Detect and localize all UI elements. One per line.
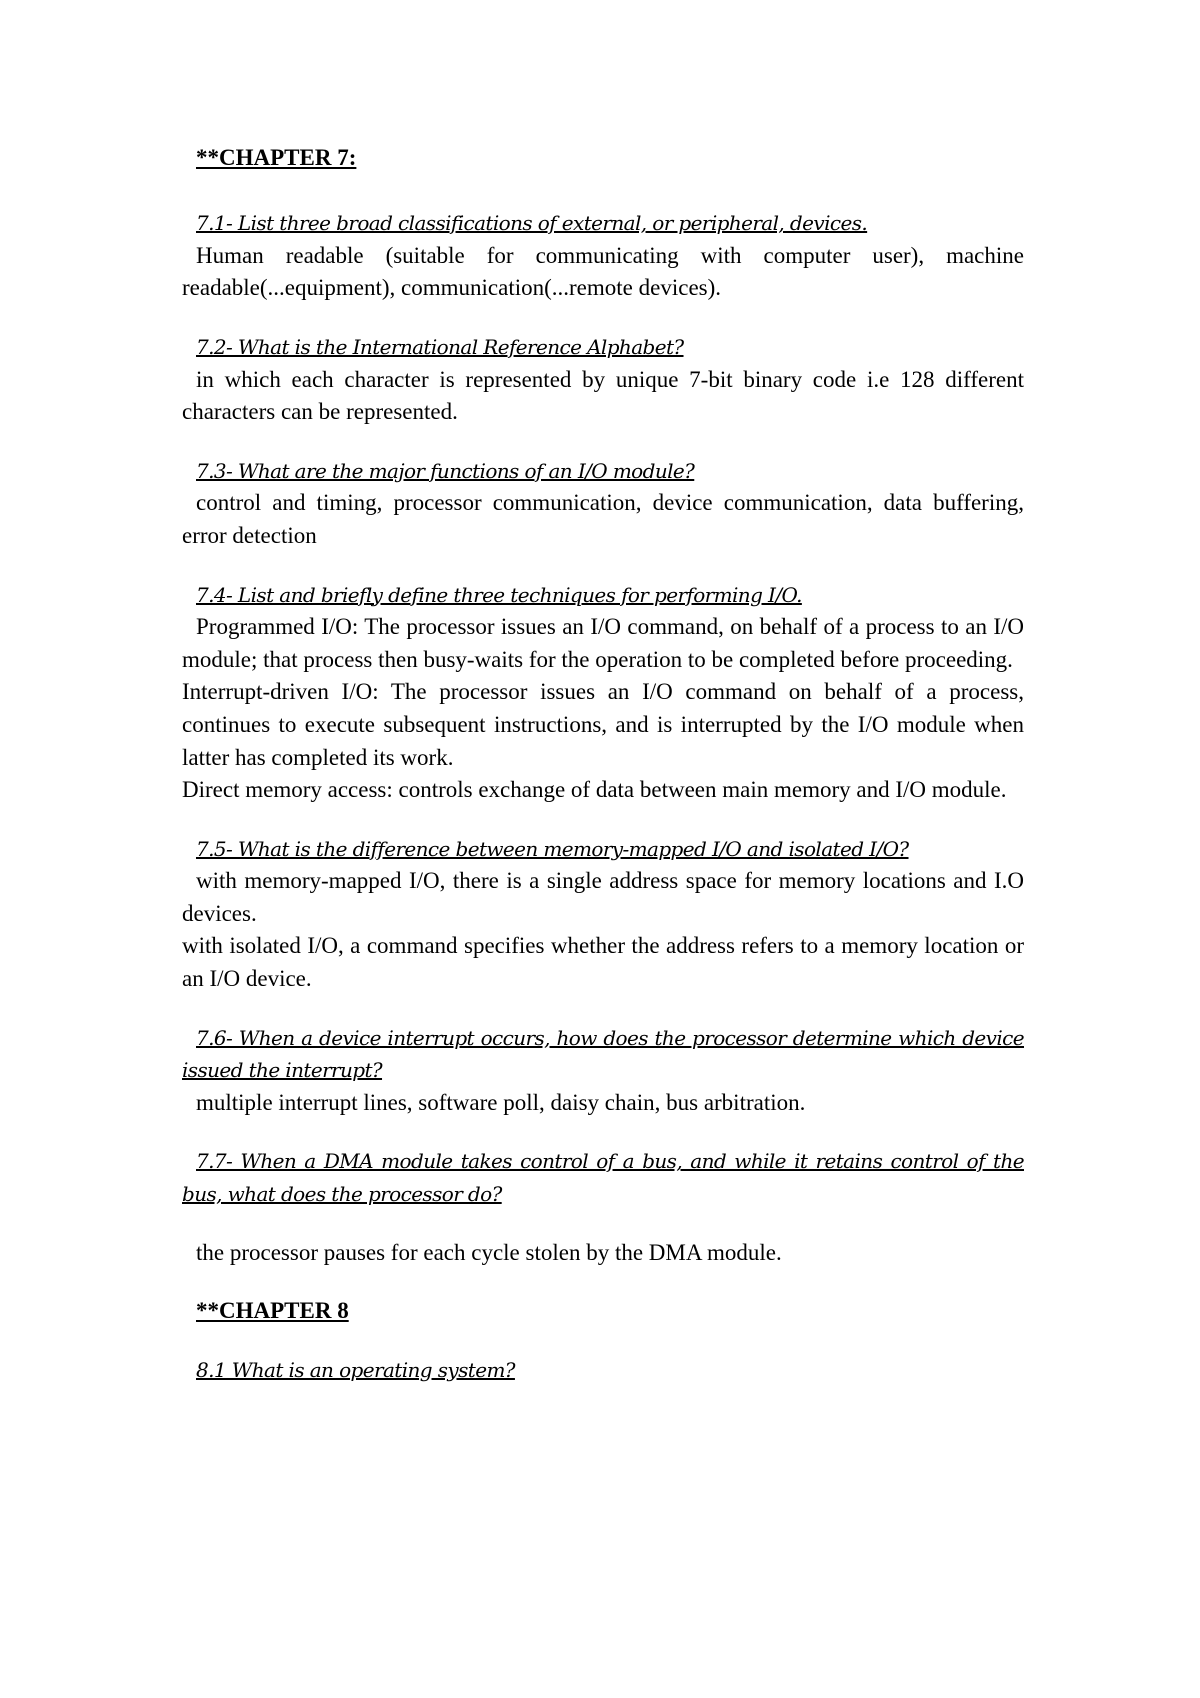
answer-7-4-dma: Direct memory access: controls exchange … bbox=[182, 774, 1024, 807]
question-7-7: 7.7- When a DMA module takes control of … bbox=[182, 1145, 1024, 1210]
qa-item-8-1: 8.1 What is an operating system? bbox=[182, 1354, 1024, 1387]
qa-item-7-4: 7.4- List and briefly define three techn… bbox=[182, 579, 1024, 807]
qa-item-7-2: 7.2- What is the International Reference… bbox=[182, 331, 1024, 429]
answer-7-4-programmed-io: Programmed I/O: The processor issues an … bbox=[182, 611, 1024, 676]
qa-item-7-7: 7.7- When a DMA module takes control of … bbox=[182, 1145, 1024, 1269]
question-7-2: 7.2- What is the International Reference… bbox=[182, 331, 1024, 364]
document-page: **CHAPTER 7: 7.1- List three broad class… bbox=[0, 0, 1200, 1698]
answer-7-7: the processor pauses for each cycle stol… bbox=[182, 1237, 1024, 1270]
question-8-1: 8.1 What is an operating system? bbox=[182, 1354, 1024, 1387]
question-7-5: 7.5- What is the difference between memo… bbox=[182, 833, 1024, 866]
qa-item-7-1: 7.1- List three broad classifications of… bbox=[182, 207, 1024, 305]
question-7-1: 7.1- List three broad classifications of… bbox=[182, 207, 1024, 240]
answer-7-3: control and timing, processor communicat… bbox=[182, 487, 1024, 552]
document-content: **CHAPTER 7: 7.1- List three broad class… bbox=[182, 142, 1024, 1386]
chapter-8-heading: **CHAPTER 8 bbox=[182, 1295, 1024, 1328]
answer-7-2: in which each character is represented b… bbox=[182, 364, 1024, 429]
qa-item-7-6: 7.6- When a device interrupt occurs, how… bbox=[182, 1022, 1024, 1120]
answer-7-6: multiple interrupt lines, software poll,… bbox=[182, 1087, 1024, 1120]
question-7-6: 7.6- When a device interrupt occurs, how… bbox=[182, 1022, 1024, 1087]
question-7-4: 7.4- List and briefly define three techn… bbox=[182, 579, 1024, 612]
answer-7-5-memory-mapped: with memory-mapped I/O, there is a singl… bbox=[182, 865, 1024, 930]
qa-item-7-3: 7.3- What are the major functions of an … bbox=[182, 455, 1024, 553]
answer-7-1: Human readable (suitable for communicati… bbox=[182, 240, 1024, 305]
question-7-3: 7.3- What are the major functions of an … bbox=[182, 455, 1024, 488]
answer-7-4-interrupt-driven-io: Interrupt-driven I/O: The processor issu… bbox=[182, 676, 1024, 774]
chapter-7-heading: **CHAPTER 7: bbox=[182, 142, 1024, 175]
answer-7-5-isolated: with isolated I/O, a command specifies w… bbox=[182, 930, 1024, 995]
qa-item-7-5: 7.5- What is the difference between memo… bbox=[182, 833, 1024, 996]
